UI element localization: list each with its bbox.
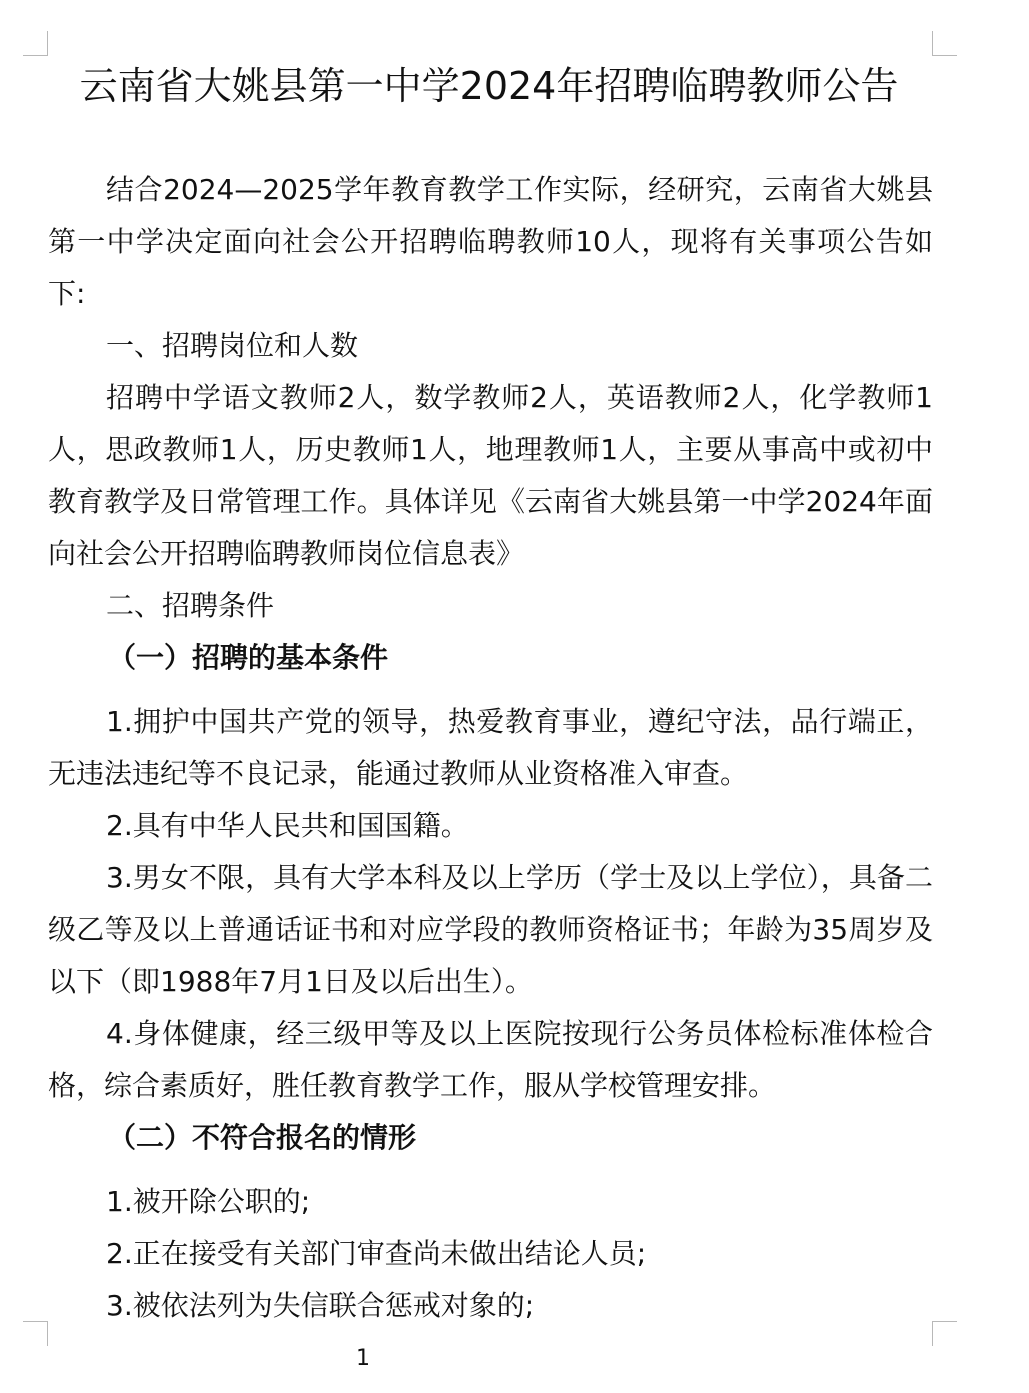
crop-mark-bottom-left bbox=[23, 1321, 48, 1346]
condition-item-1: 1.拥护中国共产党的领导，热爱教育事业，遵纪守法，品行端正，无违法违纪等不良记录… bbox=[48, 696, 933, 800]
page-number: 1 bbox=[356, 1344, 370, 1374]
section-1-heading: 一、招聘岗位和人数 bbox=[48, 320, 933, 372]
spacer bbox=[48, 684, 933, 696]
exclusion-item-3: 3.被依法列为失信联合惩戒对象的; bbox=[48, 1280, 933, 1332]
spacer bbox=[48, 1164, 933, 1176]
exclusion-item-1: 1.被开除公职的; bbox=[48, 1176, 933, 1228]
crop-mark-top-left bbox=[23, 31, 48, 56]
document-title: 云南省大姚县第一中学2024年招聘临聘教师公告 bbox=[0, 58, 978, 114]
document-body: 结合2024—2025学年教育教学工作实际，经研究，云南省大姚县第一中学决定面向… bbox=[48, 164, 933, 1332]
condition-item-3: 3.男女不限，具有大学本科及以上学历（学士及以上学位），具备二级乙等及以上普通话… bbox=[48, 852, 933, 1008]
condition-item-2: 2.具有中华人民共和国国籍。 bbox=[48, 800, 933, 852]
subsection-1-heading: （一）招聘的基本条件 bbox=[48, 632, 933, 684]
subsection-2-heading: （二）不符合报名的情形 bbox=[48, 1112, 933, 1164]
intro-paragraph: 结合2024—2025学年教育教学工作实际，经研究，云南省大姚县第一中学决定面向… bbox=[48, 164, 933, 320]
section-2-heading: 二、招聘条件 bbox=[48, 580, 933, 632]
exclusion-item-2: 2.正在接受有关部门审查尚未做出结论人员; bbox=[48, 1228, 933, 1280]
section-1-body: 招聘中学语文教师2人，数学教师2人，英语教师2人，化学教师1人，思政教师1人，历… bbox=[48, 372, 933, 580]
condition-item-4: 4.身体健康，经三级甲等及以上医院按现行公务员体检标准体检合格，综合素质好，胜任… bbox=[48, 1008, 933, 1112]
crop-mark-bottom-right bbox=[932, 1321, 957, 1346]
crop-mark-top-right bbox=[932, 31, 957, 56]
